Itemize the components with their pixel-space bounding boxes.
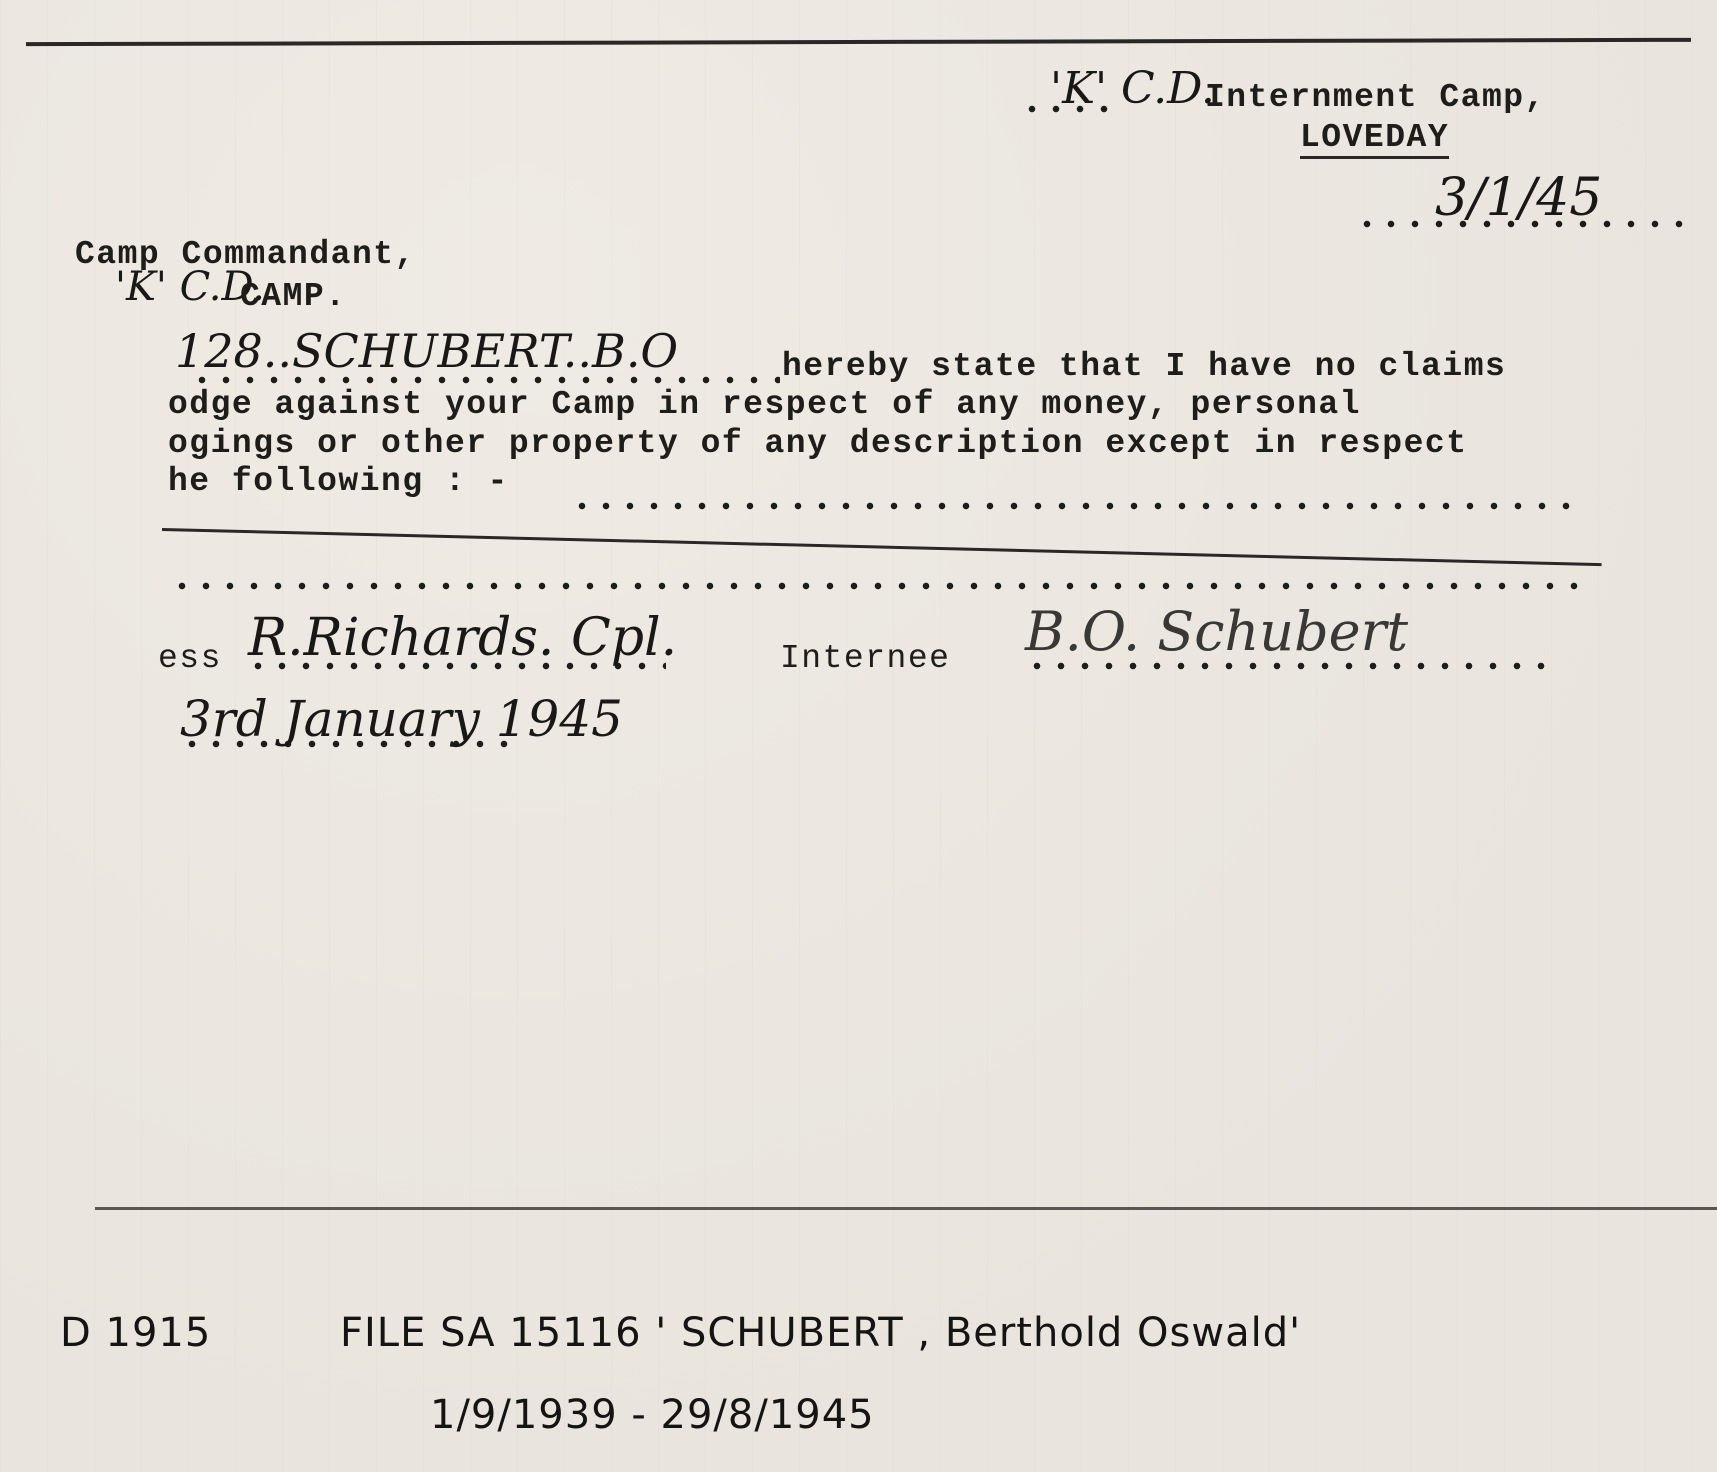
camp-prefix-handwritten: 'K' C.D. [1050,63,1215,114]
addressee-line2: CAMP. [240,278,347,315]
addressee-block: Camp Commandant, 'K' C.D. CAMP. [75,236,575,326]
witness-signature: R.Richards. Cpl. [248,608,677,668]
witness-date: 3rd January 1945 [180,690,623,748]
leader-dots [1025,662,1545,670]
archive-dates: 1/9/1939 - 29/8/1945 [430,1392,875,1438]
cancel-line [162,528,1602,566]
internee-label: Internee [780,640,950,677]
bottom-rule [95,1207,1717,1210]
archive-note: D 1915 FILE SA 15116 ' SCHUBERT , Bertho… [60,1310,1460,1460]
internee-signature-block: Internee B.O. Schubert [780,600,1580,700]
top-rule [26,38,1691,46]
letter-date: 3/1/45 [1355,170,1685,270]
statement-line4: he following : - [168,463,509,500]
statement-line1: hereby state that I have no claims [782,348,1506,385]
archive-ref: D 1915 [60,1310,211,1356]
camp-name: LOVEDAY [1300,119,1449,159]
witness-label: ess [158,640,222,677]
statement-line3: ogings or other property of any descript… [168,425,1468,462]
claims-dotted-line-1 [570,502,1580,510]
archive-file: FILE SA 15116 ' SCHUBERT , Berthold Oswa… [340,1310,1301,1356]
date-handwritten: 3/1/45 [1435,168,1602,228]
internee-signature: B.O. Schubert [1025,600,1408,663]
witness-block: ess R.Richards. Cpl. 3rd January 1945 [150,600,710,800]
camp-label: Internment Camp, [1205,79,1546,116]
internee-number-name: 128..SCHUBERT..B.O [175,324,678,378]
statement-block: 128..SCHUBERT..B.O hereby state that I h… [160,330,1620,510]
claims-dotted-line-2 [170,582,1580,590]
statement-line2: odge against your Camp in respect of any… [168,386,1361,423]
